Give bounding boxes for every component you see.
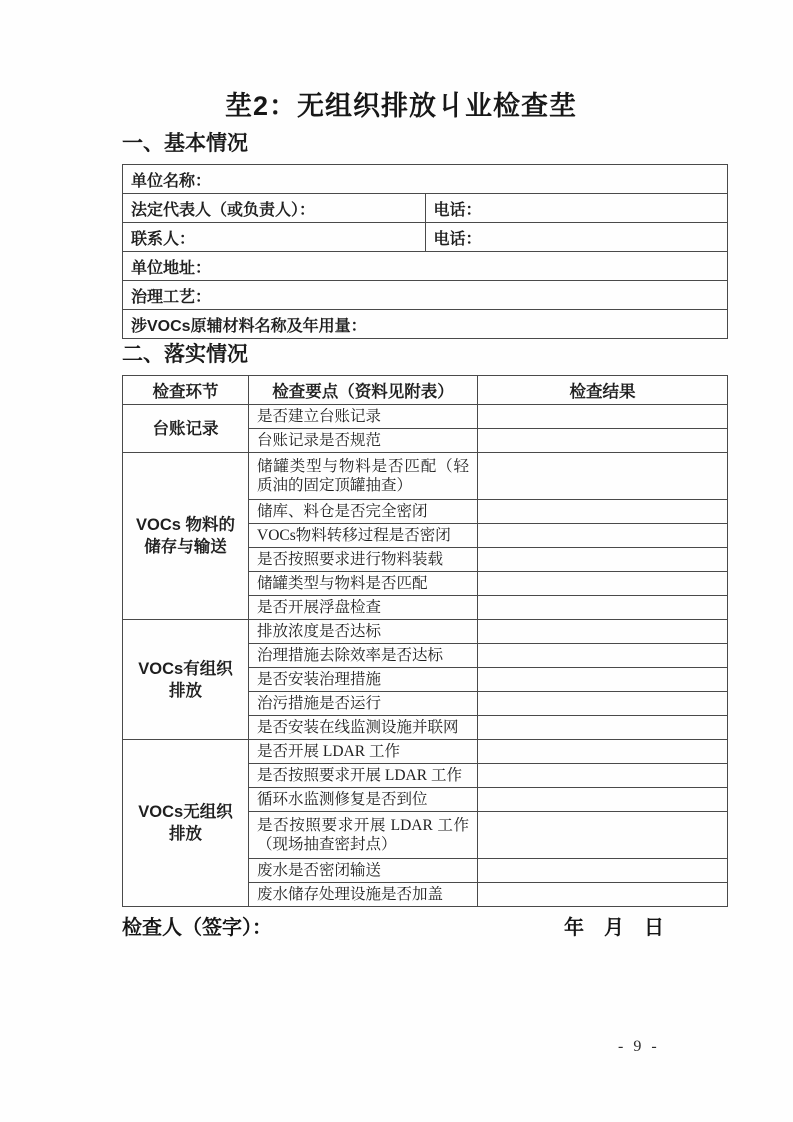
table-row: 台账记录 是否建立台账记录 xyxy=(123,405,728,429)
result-cell xyxy=(478,740,728,764)
section-heading-basic-info: 一、基本情况 xyxy=(122,130,728,158)
checkpoint-cell: 治理措施去除效率是否达标 xyxy=(249,644,478,668)
field-unit-name: 单位名称： xyxy=(123,165,728,194)
table-row: VOCs有组织排放 排放浓度是否达标 xyxy=(123,620,728,644)
checkpoint-cell: 是否按照要求开展 LDAR 工作 xyxy=(249,764,478,788)
checkpoint-cell: 是否安装治理措施 xyxy=(249,668,478,692)
section-heading-implementation: 二、落实情况 xyxy=(122,341,728,369)
result-cell xyxy=(478,716,728,740)
checkpoint-cell: 是否按照要求开展 LDAR 工作（现场抽查密封点） xyxy=(249,812,478,859)
table-row: 联系人： 电话： xyxy=(123,223,728,252)
checkpoint-cell: 治污措施是否运行 xyxy=(249,692,478,716)
document-page: 坓2：无组织排放丩业检查坓 一、基本情况 单位名称： 法定代表人（或负责人）： … xyxy=(0,0,793,1122)
result-cell xyxy=(478,620,728,644)
table-row: 法定代表人（或负责人）： 电话： xyxy=(123,194,728,223)
column-header-check-result: 检查结果 xyxy=(478,376,728,405)
table-row: 治理工艺： xyxy=(123,281,728,310)
checkpoint-cell: 是否安装在线监测设施并联网 xyxy=(249,716,478,740)
result-cell xyxy=(478,883,728,907)
field-contact-person: 联系人： xyxy=(123,223,426,252)
checkpoint-cell: 储库、料仓是否完全密闭 xyxy=(249,500,478,524)
checkpoint-cell: 是否建立台账记录 xyxy=(249,405,478,429)
table-row: 涉VOCs原辅材料名称及年用量： xyxy=(123,310,728,339)
result-cell xyxy=(478,405,728,429)
field-unit-address: 单位地址： xyxy=(123,252,728,281)
result-cell xyxy=(478,788,728,812)
date-label: 年 月 日 xyxy=(564,915,664,941)
result-cell xyxy=(478,500,728,524)
basic-info-table: 单位名称： 法定代表人（或负责人）： 电话： 联系人： 电话： 单位地址： 治理… xyxy=(122,164,728,339)
table-row: VOCs无组织排放 是否开展 LDAR 工作 xyxy=(123,740,728,764)
field-treatment-process: 治理工艺： xyxy=(123,281,728,310)
inspector-signature-label: 检查人（签字）： xyxy=(122,915,272,941)
checkpoint-cell: 储罐类型与物料是否匹配（轻质油的固定顶罐抽查） xyxy=(249,453,478,500)
result-cell xyxy=(478,572,728,596)
result-cell xyxy=(478,429,728,453)
group-cell-storage-transfer: VOCs 物料的储存与输送 xyxy=(123,453,249,620)
result-cell xyxy=(478,524,728,548)
checkpoint-cell: 是否按照要求进行物料装载 xyxy=(249,548,478,572)
implementation-table: 检查环节 检查要点（资料见附表） 检查结果 台账记录 是否建立台账记录 台账记录… xyxy=(122,375,728,907)
checkpoint-cell: VOCs物料转移过程是否密闭 xyxy=(249,524,478,548)
page-title: 坓2：无组织排放丩业检查坓 xyxy=(122,88,728,124)
result-cell xyxy=(478,548,728,572)
signature-row: 检查人（签字）： 年 月 日 xyxy=(122,915,728,941)
result-cell xyxy=(478,764,728,788)
result-cell xyxy=(478,453,728,500)
checkpoint-cell: 是否开展 LDAR 工作 xyxy=(249,740,478,764)
result-cell xyxy=(478,644,728,668)
group-cell-fugitive-emission: VOCs无组织排放 xyxy=(123,740,249,907)
checkpoint-cell: 储罐类型与物料是否匹配 xyxy=(249,572,478,596)
document-content: 坓2：无组织排放丩业检查坓 一、基本情况 单位名称： 法定代表人（或负责人）： … xyxy=(122,88,728,941)
table-header-row: 检查环节 检查要点（资料见附表） 检查结果 xyxy=(123,376,728,405)
column-header-check-points: 检查要点（资料见附表） xyxy=(249,376,478,405)
field-vocs-materials: 涉VOCs原辅材料名称及年用量： xyxy=(123,310,728,339)
checkpoint-cell: 废水是否密闭输送 xyxy=(249,859,478,883)
group-cell-ledger: 台账记录 xyxy=(123,405,249,453)
result-cell xyxy=(478,859,728,883)
result-cell xyxy=(478,596,728,620)
checkpoint-cell: 废水储存处理设施是否加盖 xyxy=(249,883,478,907)
checkpoint-cell: 台账记录是否规范 xyxy=(249,429,478,453)
field-legal-representative: 法定代表人（或负责人）： xyxy=(123,194,426,223)
field-phone-1: 电话： xyxy=(425,194,728,223)
page-number: - 9 - xyxy=(618,1038,660,1056)
result-cell xyxy=(478,668,728,692)
result-cell xyxy=(478,812,728,859)
table-row: 单位名称： xyxy=(123,165,728,194)
group-cell-organized-emission: VOCs有组织排放 xyxy=(123,620,249,740)
result-cell xyxy=(478,692,728,716)
table-row: 单位地址： xyxy=(123,252,728,281)
field-phone-2: 电话： xyxy=(425,223,728,252)
column-header-check-link: 检查环节 xyxy=(123,376,249,405)
checkpoint-cell: 是否开展浮盘检查 xyxy=(249,596,478,620)
table-row: VOCs 物料的储存与输送 储罐类型与物料是否匹配（轻质油的固定顶罐抽查） xyxy=(123,453,728,500)
checkpoint-cell: 排放浓度是否达标 xyxy=(249,620,478,644)
checkpoint-cell: 循环水监测修复是否到位 xyxy=(249,788,478,812)
